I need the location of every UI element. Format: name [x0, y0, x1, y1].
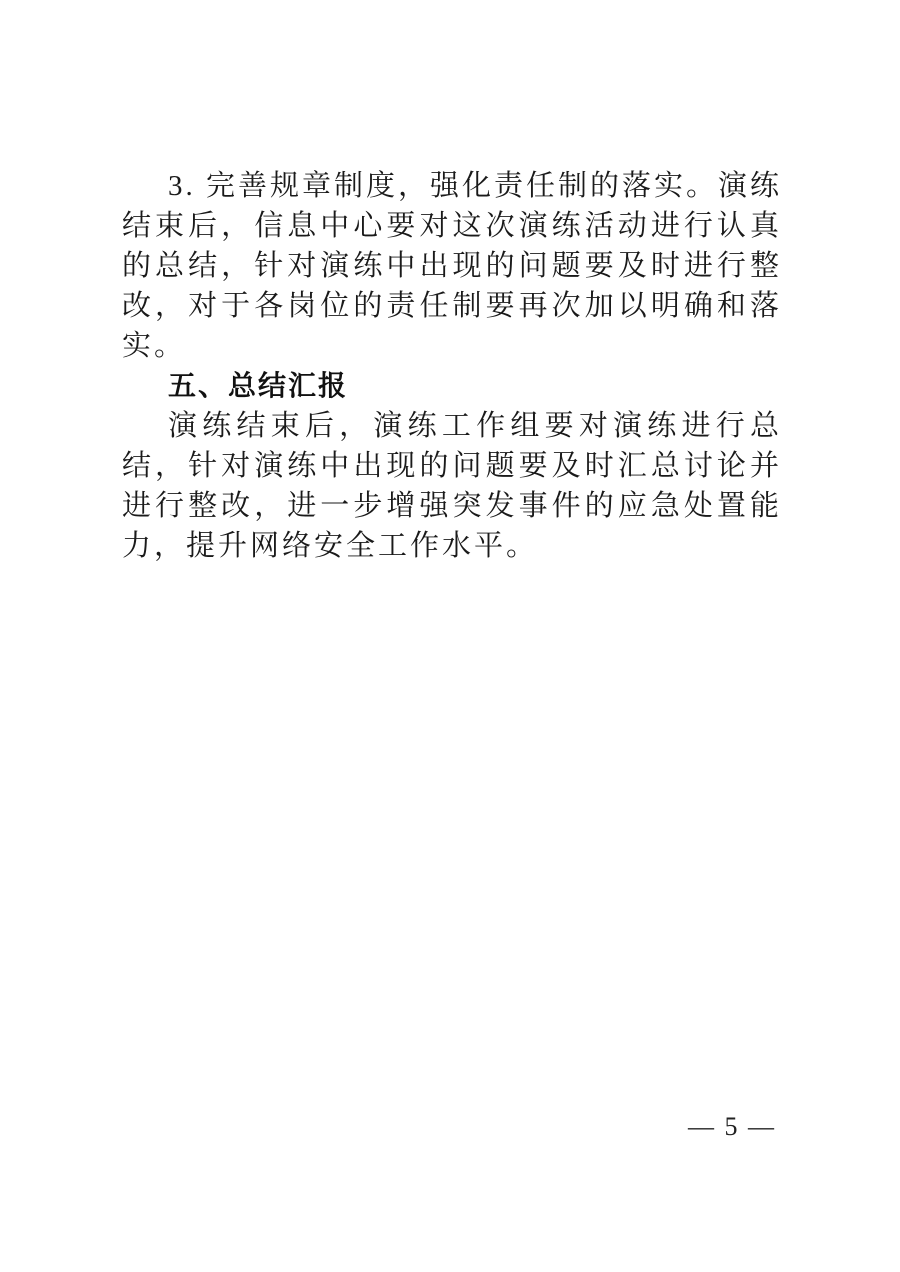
section-heading: 五、总结汇报	[122, 366, 782, 406]
body-paragraph-1: 3. 完善规章制度，强化责任制的落实。演练结束后，信息中心要对这次演练活动进行认…	[122, 166, 782, 366]
body-paragraph-2: 演练结束后，演练工作组要对演练进行总结，针对演练中出现的问题要及时汇总讨论并进行…	[122, 406, 782, 566]
document-body: 3. 完善规章制度，强化责任制的落实。演练结束后，信息中心要对这次演练活动进行认…	[122, 166, 782, 566]
page-number: — 5 —	[656, 1112, 808, 1142]
document-page: 3. 完善规章制度，强化责任制的落实。演练结束后，信息中心要对这次演练活动进行认…	[0, 0, 900, 1272]
